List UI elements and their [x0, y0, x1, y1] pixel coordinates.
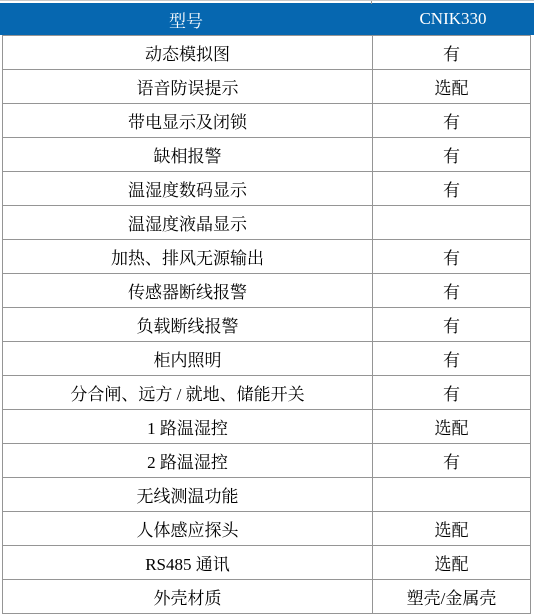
table-top-sliver — [0, 0, 534, 3]
value-cell: 选配 — [373, 410, 530, 443]
value-cell: 选配 — [373, 512, 530, 545]
table-row: 加热、排风无源输出 有 — [3, 239, 530, 273]
table-row: 温湿度数码显示 有 — [3, 171, 530, 205]
table-row: RS485 通讯 选配 — [3, 545, 530, 579]
value-cell: 有 — [373, 376, 530, 409]
table-row: 缺相报警 有 — [3, 137, 530, 171]
value-cell: 选配 — [373, 70, 530, 103]
feature-cell: 缺相报警 — [3, 138, 373, 171]
table-row: 温湿度液晶显示 — [3, 205, 530, 239]
table-row: 人体感应探头 选配 — [3, 511, 530, 545]
feature-cell: RS485 通讯 — [3, 546, 373, 579]
column-divider-tick — [371, 1, 372, 4]
header-feature-column: 型号 — [0, 7, 372, 32]
table-row: 动态模拟图 有 — [3, 35, 530, 69]
table-row: 无线测温功能 — [3, 477, 530, 511]
table-row: 柜内照明 有 — [3, 341, 530, 375]
feature-cell: 传感器断线报警 — [3, 274, 373, 307]
feature-cell: 无线测温功能 — [3, 478, 373, 511]
feature-cell: 2 路温湿控 — [3, 444, 373, 477]
value-cell: 塑壳/金属壳 — [373, 580, 530, 613]
value-cell: 有 — [373, 172, 530, 205]
table-row: 带电显示及闭锁 有 — [3, 103, 530, 137]
table-row: 语音防误提示 选配 — [3, 69, 530, 103]
table-row: 传感器断线报警 有 — [3, 273, 530, 307]
feature-cell: 1 路温湿控 — [3, 410, 373, 443]
table-row: 分合闸、远方 / 就地、储能开关 有 — [3, 375, 530, 409]
table-row: 负载断线报警 有 — [3, 307, 530, 341]
value-cell: 有 — [373, 138, 530, 171]
feature-cell: 动态模拟图 — [3, 36, 373, 69]
feature-cell: 负载断线报警 — [3, 308, 373, 341]
table-row: 外壳材质 塑壳/金属壳 — [3, 579, 530, 613]
header-model-column: CNIK330 — [372, 9, 534, 29]
feature-cell: 分合闸、远方 / 就地、储能开关 — [3, 376, 373, 409]
table-header-row: 型号 CNIK330 — [0, 3, 534, 35]
spec-table: 型号 CNIK330 动态模拟图 有 语音防误提示 选配 带电显示及闭锁 有 缺… — [0, 0, 534, 615]
feature-cell: 外壳材质 — [3, 580, 373, 613]
value-cell: 选配 — [373, 546, 530, 579]
value-cell: 有 — [373, 36, 530, 69]
table-body: 动态模拟图 有 语音防误提示 选配 带电显示及闭锁 有 缺相报警 有 温湿度数码… — [2, 35, 531, 614]
feature-cell: 柜内照明 — [3, 342, 373, 375]
feature-cell: 温湿度液晶显示 — [3, 206, 373, 239]
value-cell: 有 — [373, 444, 530, 477]
feature-cell: 温湿度数码显示 — [3, 172, 373, 205]
feature-cell: 语音防误提示 — [3, 70, 373, 103]
feature-cell: 带电显示及闭锁 — [3, 104, 373, 137]
value-cell: 有 — [373, 104, 530, 137]
value-cell: 有 — [373, 274, 530, 307]
value-cell — [373, 478, 530, 511]
feature-cell: 加热、排风无源输出 — [3, 240, 373, 273]
value-cell — [373, 206, 530, 239]
value-cell: 有 — [373, 342, 530, 375]
value-cell: 有 — [373, 240, 530, 273]
feature-cell: 人体感应探头 — [3, 512, 373, 545]
value-cell: 有 — [373, 308, 530, 341]
table-row: 2 路温湿控 有 — [3, 443, 530, 477]
table-row: 1 路温湿控 选配 — [3, 409, 530, 443]
